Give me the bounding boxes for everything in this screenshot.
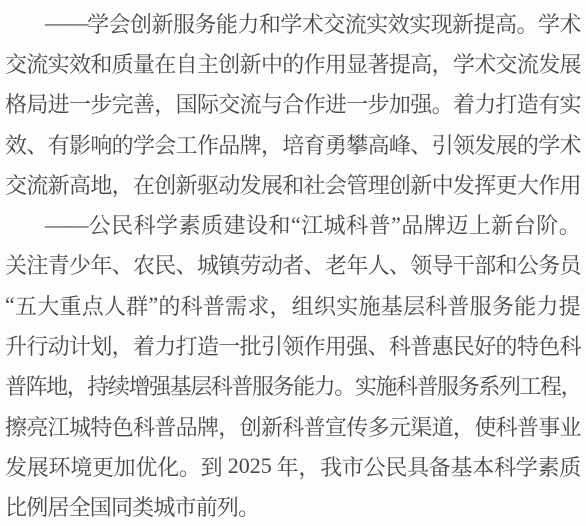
document-page: ——学会创新服务能力和学术交流实效实现新提高。学术交流实效和质量在自主创新中的作… — [0, 0, 586, 526]
text-line: ——学会创新服务能力和学术交流实效实现新提高。学术 — [5, 3, 581, 43]
text-line: “五大重点人群”的科普需求，组织实施基层科普服务能力提 — [5, 285, 581, 325]
text-line: 普阵地，持续增强基层科普服务能力。实施科普服务系列工程， — [5, 366, 581, 406]
text-line: ——公民科学素质建设和“江城科普”品牌迈上新台阶。 — [5, 204, 581, 244]
text-line: 升行动计划，着力打造一批引领作用强、科普惠民好的特色科 — [5, 325, 581, 365]
text-line: 格局进一步完善，国际交流与合作进一步加强。着力打造有实 — [5, 84, 581, 124]
text-block: ——学会创新服务能力和学术交流实效实现新提高。学术交流实效和质量在自主创新中的作… — [5, 3, 581, 526]
text-line: 比例居全国同类城市前列。 — [5, 487, 581, 526]
text-line: 发展环境更加优化。到 2025 年，我市公民具备基本科学素质 — [5, 446, 581, 486]
text-line: 关注青少年、农民、城镇劳动者、老年人、领导干部和公务员 — [5, 245, 581, 285]
text-line: 效、有影响的学会工作品牌，培育勇攀高峰、引领发展的学术 — [5, 124, 581, 164]
text-line: 擦亮江城特色科普品牌，创新科普宣传多元渠道，使科普事业 — [5, 406, 581, 446]
text-line: 交流实效和质量在自主创新中的作用显著提高，学术交流发展 — [5, 43, 581, 83]
text-line: 交流新高地，在创新驱动发展和社会管理创新中发挥更大作用 — [5, 164, 581, 204]
